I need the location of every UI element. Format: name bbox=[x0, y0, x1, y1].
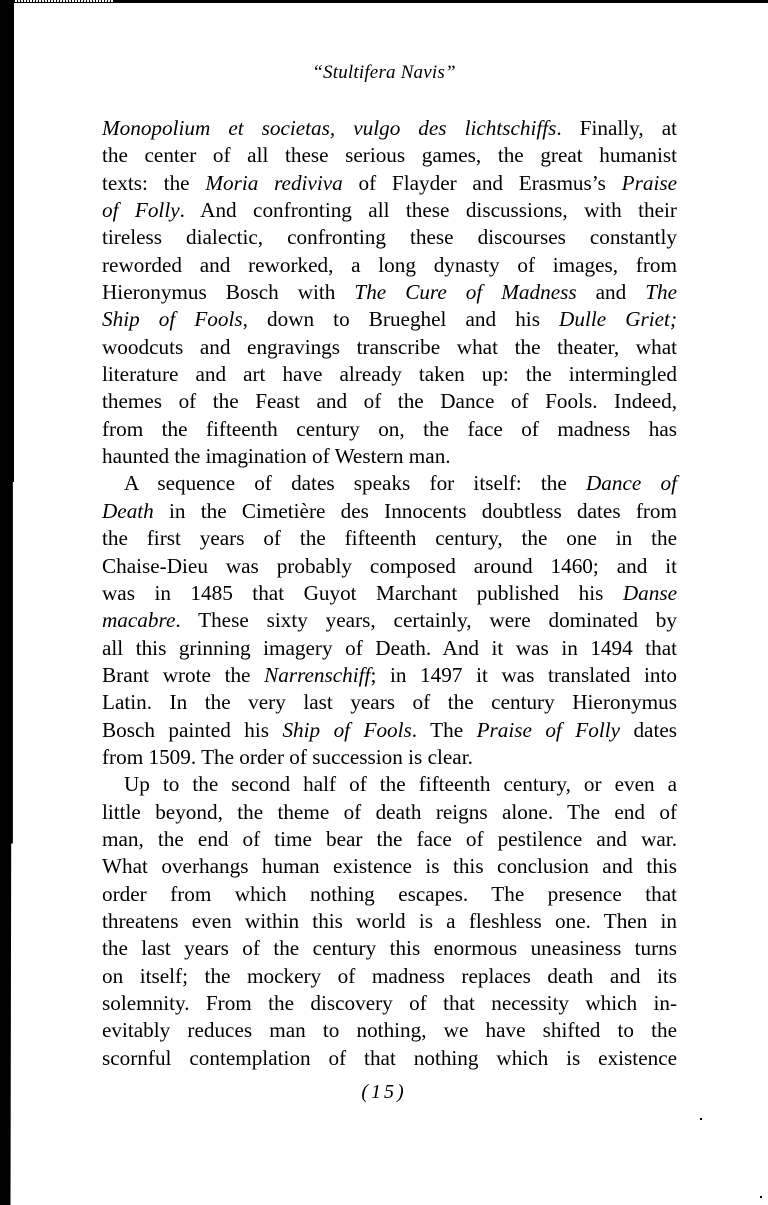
text-run: , down to Brueghel and his bbox=[243, 307, 559, 331]
text-run: . Finally, at bbox=[556, 116, 677, 140]
text-line: Hieronymus Bosch with The Cure of Madnes… bbox=[102, 279, 677, 306]
text-run: and bbox=[577, 280, 646, 304]
text-run: woodcuts and engravings transcribe what … bbox=[102, 335, 677, 359]
text-line: Chaise-Dieu was probably composed around… bbox=[102, 553, 677, 580]
text-run: . The bbox=[412, 718, 477, 742]
text-line: from the fifteenth century on, the face … bbox=[102, 416, 677, 443]
text-line: on itself; the mockery of madness replac… bbox=[102, 963, 677, 990]
text-line: Latin. In the very last years of the cen… bbox=[102, 689, 677, 716]
text-line: reworded and reworked, a long dynasty of… bbox=[102, 252, 677, 279]
text-run: in the Cimetière des Innocents doubtless… bbox=[154, 499, 677, 523]
text-line: What overhangs human existence is this c… bbox=[102, 853, 677, 880]
text-run: literature and art have already taken up… bbox=[102, 362, 677, 386]
text-line: Up to the second half of the fifteenth c… bbox=[102, 771, 677, 798]
text-line: evitably reduces man to nothing, we have… bbox=[102, 1017, 677, 1044]
text-run: tireless dialectic, confronting these di… bbox=[102, 225, 677, 249]
text-run: was in 1485 that Guyot Marchant publishe… bbox=[102, 581, 623, 605]
text-run: ; in 1497 it was translated into bbox=[370, 663, 677, 687]
text-run: the first years of the fifteenth century… bbox=[102, 526, 677, 550]
text-line: texts: the Moria rediviva of Flayder and… bbox=[102, 170, 677, 197]
text-run: Latin. In the very last years of the cen… bbox=[102, 690, 677, 714]
text-line: the first years of the fifteenth century… bbox=[102, 525, 677, 552]
text-line: Monopolium et societas, vulgo des lichts… bbox=[102, 115, 677, 142]
text-run: of Flayder and Erasmus’s bbox=[343, 171, 622, 195]
scan-left-border bbox=[0, 0, 14, 1205]
text-run: scornful contemplation of that nothing w… bbox=[102, 1046, 677, 1070]
text-run: . These sixty years, certainly, were dom… bbox=[175, 608, 677, 632]
text-run: from 1509. The order of succession is cl… bbox=[102, 745, 473, 769]
text-line: macabre. These sixty years, certainly, w… bbox=[102, 607, 677, 634]
scan-speck bbox=[700, 1118, 702, 1120]
italic-title: Ship of Fools bbox=[282, 718, 411, 742]
text-run: the last years of the century this enorm… bbox=[102, 936, 677, 960]
text-line: Ship of Fools, down to Brueghel and his … bbox=[102, 306, 677, 333]
italic-title: Moria rediviva bbox=[205, 171, 342, 195]
italic-title: Praise bbox=[622, 171, 677, 195]
text-line: solemnity. From the discovery of that ne… bbox=[102, 990, 677, 1017]
text-run: Chaise-Dieu was probably composed around… bbox=[102, 554, 677, 578]
text-line: was in 1485 that Guyot Marchant publishe… bbox=[102, 580, 677, 607]
text-line: threatens even within this world is a fl… bbox=[102, 908, 677, 935]
text-run: dates bbox=[620, 718, 677, 742]
italic-title: Dance of bbox=[586, 471, 677, 495]
text-run: Up to the second half of the fifteenth c… bbox=[124, 772, 677, 796]
italic-title: Monopolium et societas, vulgo des lichts… bbox=[102, 116, 556, 140]
text-line: man, the end of time bear the face of pe… bbox=[102, 826, 677, 853]
scan-top-border bbox=[0, 0, 768, 3]
body-text: Monopolium et societas, vulgo des lichts… bbox=[102, 115, 677, 1072]
text-run: . And confronting all these discussions,… bbox=[180, 198, 677, 222]
italic-title: The Cure of Madness bbox=[354, 280, 576, 304]
text-line: themes of the Feast and of the Dance of … bbox=[102, 388, 677, 415]
running-head: “Stultifera Navis” bbox=[0, 62, 768, 84]
text-line: Death in the Cimetière des Innocents dou… bbox=[102, 498, 677, 525]
text-line: from 1509. The order of succession is cl… bbox=[102, 744, 677, 771]
italic-title: The bbox=[645, 280, 677, 304]
text-run: the center of all these serious games, t… bbox=[102, 143, 677, 167]
text-run: solemnity. From the discovery of that ne… bbox=[102, 991, 677, 1015]
text-line: tireless dialectic, confronting these di… bbox=[102, 224, 677, 251]
italic-title: Death bbox=[102, 499, 154, 523]
text-run: man, the end of time bear the face of pe… bbox=[102, 827, 677, 851]
italic-title: macabre bbox=[102, 608, 175, 632]
text-run: themes of the Feast and of the Dance of … bbox=[102, 389, 677, 413]
text-run: little beyond, the theme of death reigns… bbox=[102, 800, 677, 824]
text-run: on itself; the mockery of madness replac… bbox=[102, 964, 677, 988]
text-line: order from which nothing escapes. The pr… bbox=[102, 881, 677, 908]
text-run: A sequence of dates speaks for itself: t… bbox=[124, 471, 586, 495]
italic-title: Narrenschiff bbox=[264, 663, 370, 687]
text-run: texts: the bbox=[102, 171, 205, 195]
text-run: reworded and reworked, a long dynasty of… bbox=[102, 253, 677, 277]
text-line: haunted the imagination of Western man. bbox=[102, 443, 677, 470]
text-run: haunted the imagination of Western man. bbox=[102, 444, 451, 468]
scan-top-border-dots bbox=[14, 0, 114, 2]
italic-title: Ship of Fools bbox=[102, 307, 243, 331]
text-run: threatens even within this world is a fl… bbox=[102, 909, 677, 933]
text-run: What overhangs human existence is this c… bbox=[102, 854, 677, 878]
page-number: (15) bbox=[0, 1081, 768, 1104]
text-run: Bosch painted his bbox=[102, 718, 282, 742]
text-line: literature and art have already taken up… bbox=[102, 361, 677, 388]
text-run: evitably reduces man to nothing, we have… bbox=[102, 1018, 677, 1042]
scan-speck bbox=[760, 1196, 762, 1198]
text-line: little beyond, the theme of death reigns… bbox=[102, 799, 677, 826]
text-run: Brant wrote the bbox=[102, 663, 264, 687]
italic-title: Danse bbox=[623, 581, 677, 605]
italic-title: Praise of Folly bbox=[477, 718, 620, 742]
text-line: woodcuts and engravings transcribe what … bbox=[102, 334, 677, 361]
text-run: order from which nothing escapes. The pr… bbox=[102, 882, 677, 906]
text-line: the center of all these serious games, t… bbox=[102, 142, 677, 169]
text-run: all this grinning imagery of Death. And … bbox=[102, 636, 677, 660]
italic-title: of Folly bbox=[102, 198, 180, 222]
text-run: Hieronymus Bosch with bbox=[102, 280, 354, 304]
text-line: A sequence of dates speaks for itself: t… bbox=[102, 470, 677, 497]
text-line: all this grinning imagery of Death. And … bbox=[102, 635, 677, 662]
text-line: of Folly. And confronting all these disc… bbox=[102, 197, 677, 224]
italic-title: Dulle Griet; bbox=[559, 307, 677, 331]
text-line: Bosch painted his Ship of Fools. The Pra… bbox=[102, 717, 677, 744]
text-run: from the fifteenth century on, the face … bbox=[102, 417, 677, 441]
text-line: scornful contemplation of that nothing w… bbox=[102, 1045, 677, 1072]
text-line: the last years of the century this enorm… bbox=[102, 935, 677, 962]
text-line: Brant wrote the Narrenschiff; in 1497 it… bbox=[102, 662, 677, 689]
